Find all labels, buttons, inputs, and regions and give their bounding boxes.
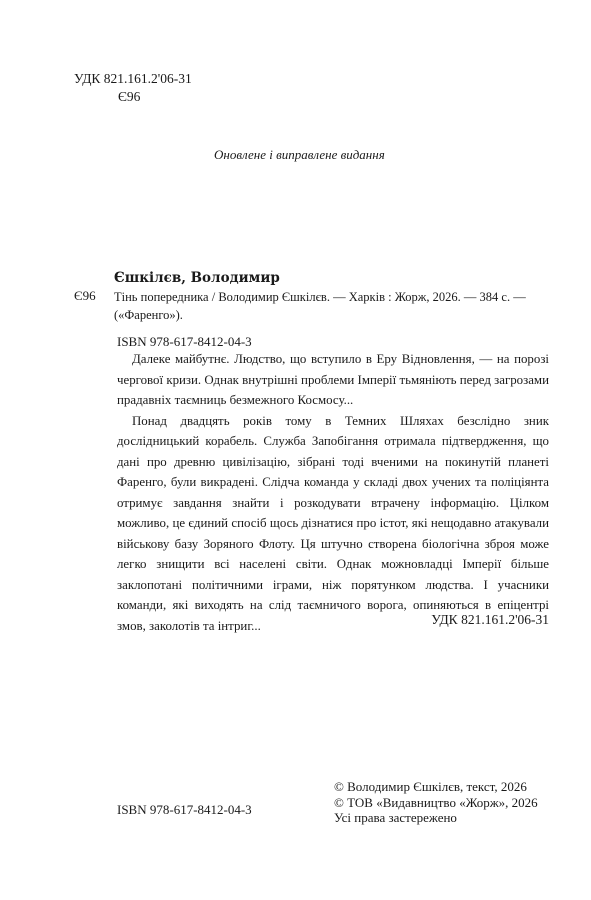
annotation: Далеке майбутнє. Людство, що вступило в … [117, 349, 549, 636]
biblio-line: Тінь попередника / Володимир Єшкілєв. — … [114, 288, 526, 306]
rights-reserved: Усі права застережено [334, 810, 538, 826]
annotation-udk: УДК 821.161.2'06-31 [431, 612, 549, 628]
catalog-bibliographic-record: Тінь попередника / Володимир Єшкілєв. — … [114, 288, 526, 324]
biblio-line: («Фаренго»). [114, 306, 526, 324]
udk-code: УДК 821.161.2'06-31 [74, 71, 192, 87]
copyright-line: © Володимир Єшкілєв, текст, 2026 [334, 779, 538, 795]
catalog-isbn: ISBN 978-617-8412-04-3 [117, 334, 252, 350]
catalog-author-mark: Є96 [74, 288, 96, 304]
copyright-block: © Володимир Єшкілєв, текст, 2026 © ТОВ «… [334, 779, 538, 826]
catalog-author: Єшкілєв, Володимир [114, 270, 280, 286]
author-mark: Є96 [118, 89, 140, 105]
annotation-paragraph: Далеке майбутнє. Людство, що вступило в … [117, 349, 549, 411]
annotation-paragraph: Понад двадцять років тому в Темних Шляха… [117, 411, 549, 637]
copyright-line: © ТОВ «Видавництво «Жорж», 2026 [334, 795, 538, 811]
footer-isbn: ISBN 978-617-8412-04-3 [117, 802, 252, 818]
edition-note: Оновлене і виправлене видання [214, 147, 385, 163]
